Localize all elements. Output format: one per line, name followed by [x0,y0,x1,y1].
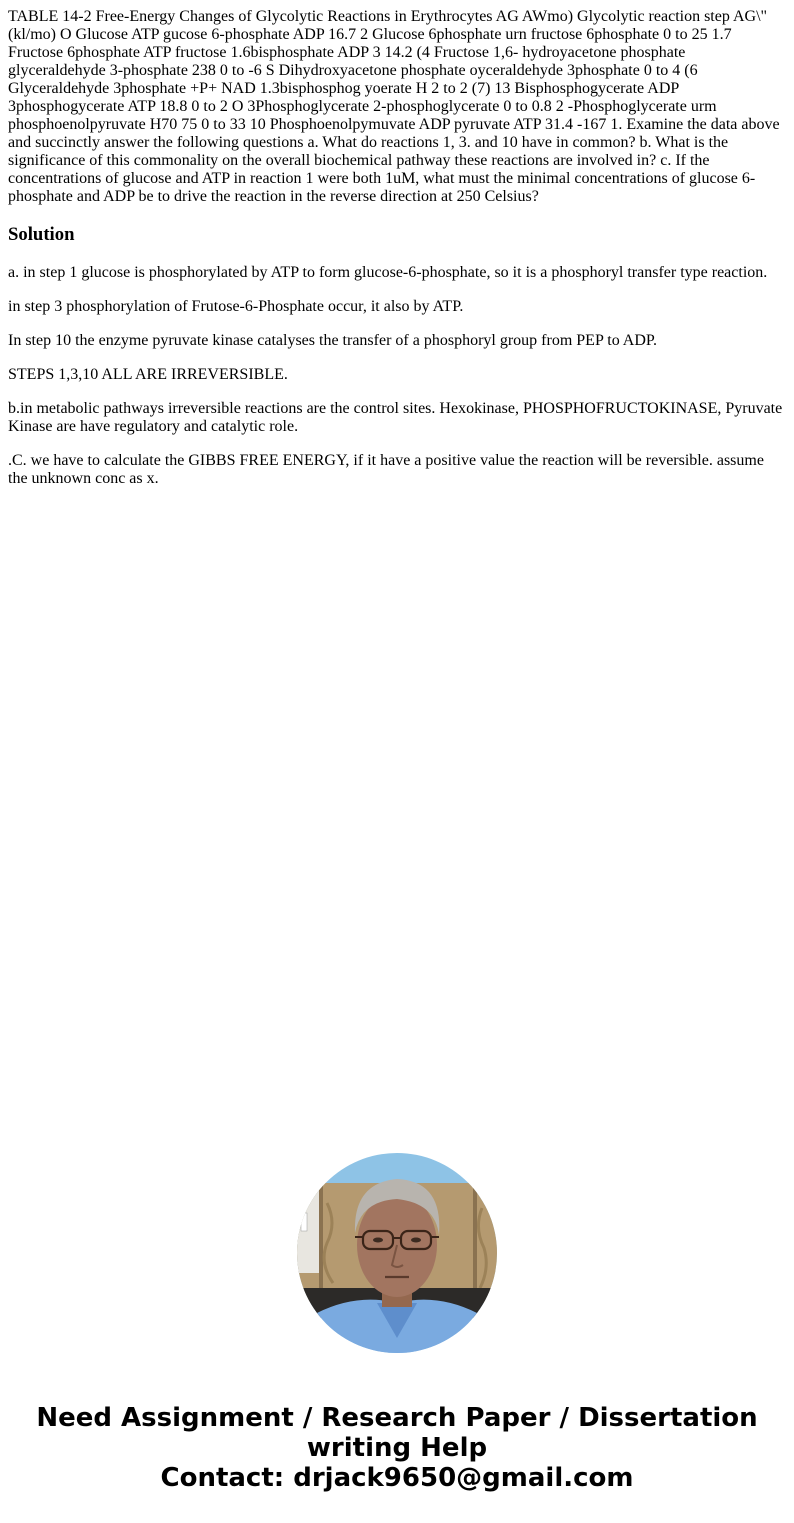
author-avatar [297,1153,497,1353]
solution-paragraph: a. in step 1 glucose is phosphorylated b… [8,264,786,282]
solution-paragraph: In step 10 the enzyme pyruvate kinase ca… [8,332,786,350]
solution-heading: Solution [8,224,786,246]
solution-paragraph: b.in metabolic pathways irreversible rea… [8,400,786,436]
promo-contact: Contact: drjack9650@gmail.com [0,1463,794,1493]
promo-line-1: Need Assignment / Research Paper / Disse… [0,1403,794,1433]
promo-banner: Need Assignment / Research Paper / Disse… [0,1403,794,1493]
solution-paragraph: STEPS 1,3,10 ALL ARE IRREVERSIBLE. [8,366,786,384]
question-text: TABLE 14-2 Free-Energy Changes of Glycol… [8,8,786,206]
promo-line-2: writing Help [0,1433,794,1463]
solution-paragraph: in step 3 phosphorylation of Frutose-6-P… [8,298,786,316]
solution-paragraph: .C. we have to calculate the GIBBS FREE … [8,452,786,488]
document-body: TABLE 14-2 Free-Energy Changes of Glycol… [0,0,794,488]
person-photo-icon [297,1153,497,1353]
